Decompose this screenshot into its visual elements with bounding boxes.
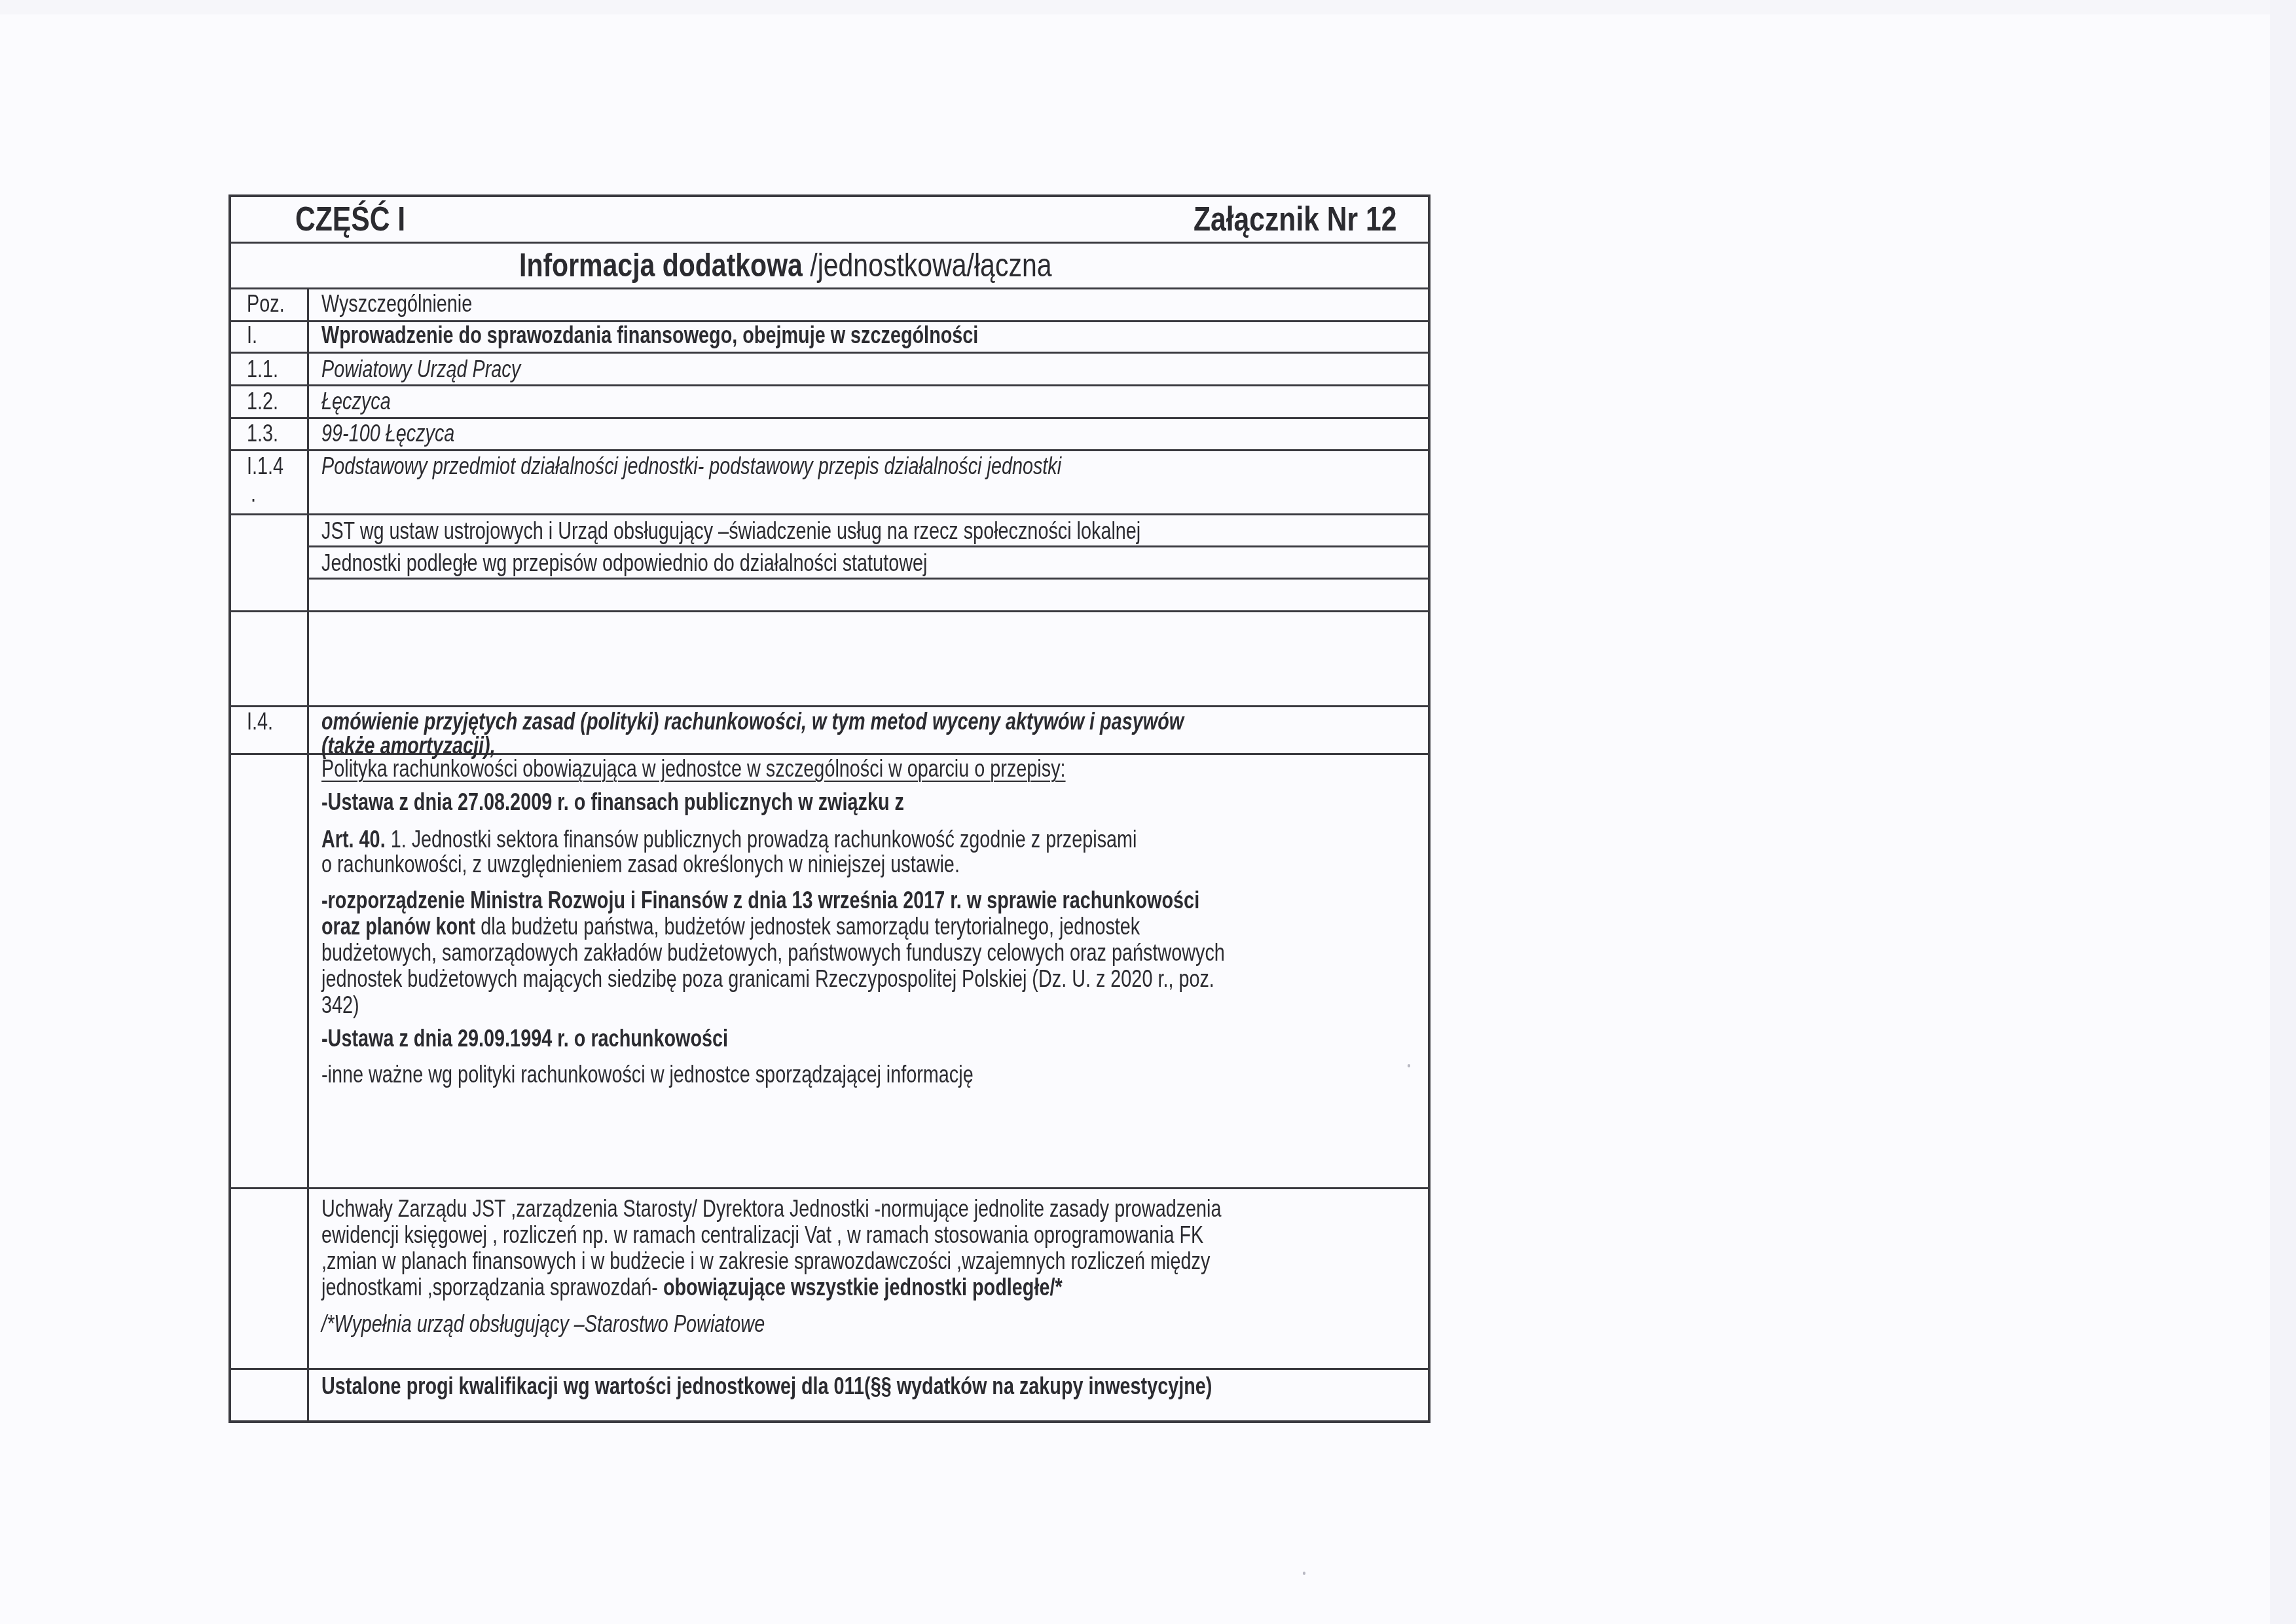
row-text: Podstawowy przedmiot działalności jednos… [321, 454, 1061, 478]
scan-top-edge [0, 0, 2296, 14]
resolutions-text: jednostkami ,sporządzania sprawozdań- [321, 1274, 663, 1301]
column-header-poz: Poz. [247, 292, 285, 316]
policy-decree-line1: -rozporządzenie Ministra Rozwoju i Finan… [321, 889, 1199, 912]
policy-intro: Polityka rachunkowości obowiązująca w je… [321, 757, 1066, 781]
policy-act-1994: -Ustawa z dnia 29.09.1994 r. o rachunkow… [321, 1027, 728, 1050]
policy-act-2009: -Ustawa z dnia 27.08.2009 r. o finansach… [321, 790, 904, 814]
row-text: Powiatowy Urząd Pracy [321, 358, 520, 381]
row-poz-continuation: . [251, 482, 256, 506]
title-regular: /jednostkowa/łączna [810, 247, 1051, 284]
decree-text: dla budżetu państwa, budżetów jednostek … [475, 913, 1140, 940]
policy-other: -inne ważne wg polityki rachunkowości w … [321, 1063, 974, 1086]
row-poz: I. [247, 323, 257, 347]
resolutions-line3: ,zmian w planach finansowych i w budżeci… [321, 1249, 1210, 1273]
policy-decree-line5: 342) [321, 993, 359, 1017]
row-text: 99-100 Łęczyca [321, 422, 454, 445]
art40-text: 1. Jednostki sektora finansów publicznyc… [386, 826, 1137, 853]
row-text: JST wg ustaw ustrojowych i Urząd obsługu… [321, 519, 1140, 543]
policy-decree-line3: budżetowych, samorządowych zakładów budż… [321, 941, 1225, 965]
row-poz: I.1.4 [247, 454, 283, 478]
row-poz: 1.2. [247, 390, 278, 413]
attachment-number: Załącznik Nr 12 [1194, 202, 1396, 236]
row-poz: 1.1. [247, 358, 278, 381]
policy-decree-line4: jednostek budżetowych mających siedzibę … [321, 967, 1214, 991]
resolutions-bold: obowiązujące wszystkie jednostki podległ… [663, 1274, 1063, 1301]
resolutions-footnote: /*Wypełnia urząd obsługujący –Starostwo … [321, 1312, 765, 1336]
decree-bold: oraz planów kont [321, 913, 475, 940]
row-poz: 1.3. [247, 422, 278, 445]
row-text: Jednostki podległe wg przepisów odpowied… [321, 551, 927, 575]
thresholds-text: Ustalone progi kwalifikacji wg wartości … [321, 1375, 1212, 1398]
column-header-description: Wyszczególnienie [321, 292, 472, 316]
scan-right-edge [2270, 0, 2296, 1624]
row-text: Wprowadzenie do sprawozdania finansowego… [321, 323, 978, 347]
row-poz: I.4. [247, 710, 273, 733]
resolutions-line2: ewidencji księgowej , rozliczeń np. w ra… [321, 1223, 1203, 1247]
title-bold: Informacja dodatkowa [519, 247, 810, 284]
scan-speck [1303, 1572, 1305, 1575]
document-title: Informacja dodatkowa /jednostkowa/łączna [519, 249, 1051, 282]
row-text: Łęczyca [321, 390, 391, 413]
info-table: CZĘŚĆ I Załącznik Nr 12 Informacja dodat… [228, 194, 1430, 1423]
art40-label: Art. 40. [321, 826, 386, 853]
row-text-line2: (także amortyzacji), [321, 734, 496, 758]
part-label: CZĘŚĆ I [295, 202, 405, 236]
policy-decree-line2: oraz planów kont dla budżetu państwa, bu… [321, 915, 1140, 938]
row-text-line1: omówienie przyjętych zasad (polityki) ra… [321, 710, 1184, 733]
policy-art40-line1: Art. 40. 1. Jednostki sektora finansów p… [321, 828, 1137, 851]
resolutions-line1: Uchwały Zarządu JST ,zarządzenia Starost… [321, 1197, 1222, 1221]
policy-art40-line2: o rachunkowości, z uwzględnieniem zasad … [321, 853, 960, 876]
resolutions-line4: jednostkami ,sporządzania sprawozdań- ob… [321, 1276, 1063, 1299]
